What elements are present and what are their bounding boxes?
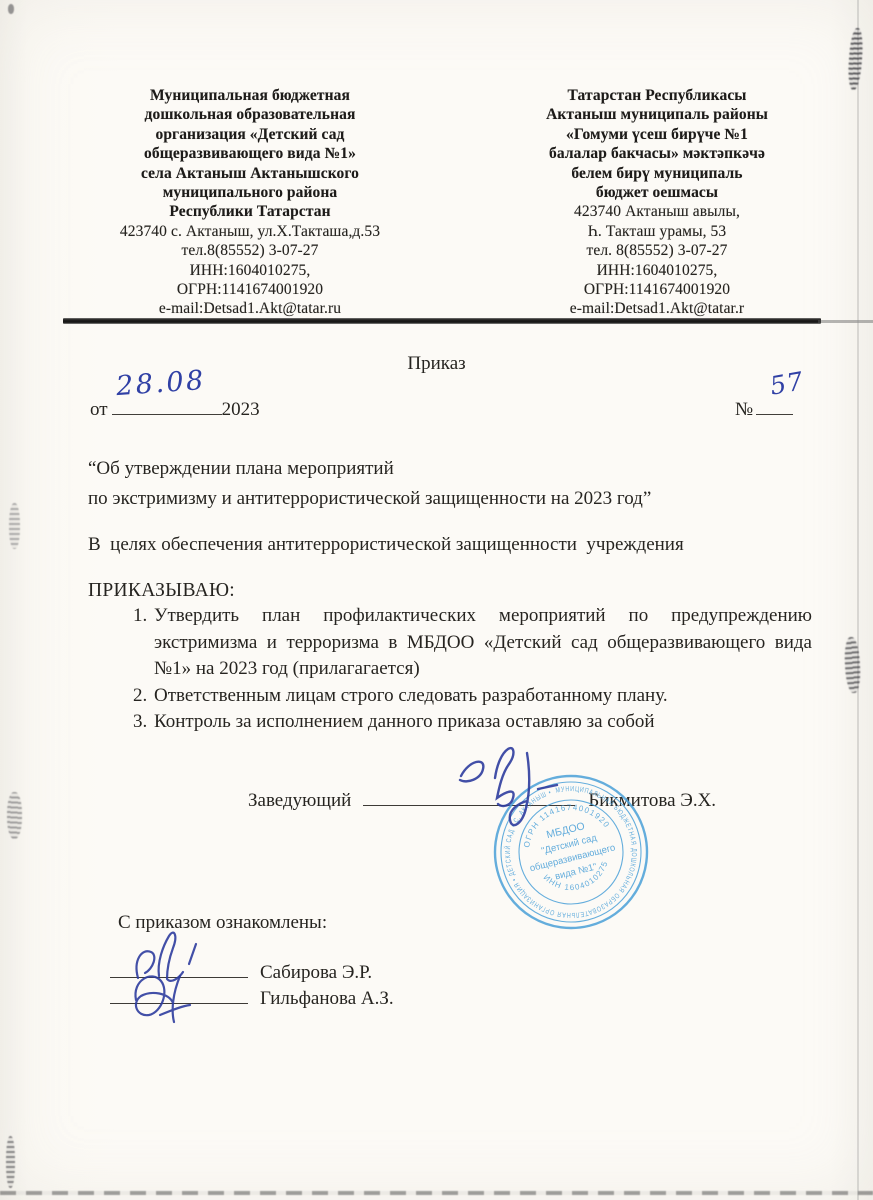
scan-smudge bbox=[9, 503, 20, 549]
org-address-line: Һ. Такташ урамы, 53 bbox=[501, 222, 813, 241]
scan-smudge bbox=[7, 792, 22, 839]
org-email-line: e-mail:Detsad1.Akt@tatar.r bbox=[501, 299, 813, 318]
order-purpose: В целях обеспечения антитеррористической… bbox=[88, 534, 812, 556]
date-number-row: от28.082023 №57 bbox=[90, 395, 810, 435]
organization-stamp: МУНИЦИПАЛЬНАЯ БЮДЖЕТНАЯ ДОШКОЛЬНАЯ ОБРАЗ… bbox=[487, 768, 655, 936]
acknowledgement-row: Гильфанова А.З. bbox=[110, 984, 394, 1010]
date-prefix: от bbox=[90, 399, 108, 420]
org-name-line: села Актаныш Актанышского bbox=[94, 164, 406, 183]
acknowledgement-row: Сабирова Э.Р. bbox=[110, 958, 372, 984]
order-subject: “Об утверждении плана мероприятий по экс… bbox=[88, 454, 812, 514]
org-name-line: Муниципальная бюджетная bbox=[94, 86, 406, 105]
directive-word: ПРИКАЗЫВАЮ: bbox=[88, 580, 235, 602]
order-item: Контроль за исполнением данного приказа … bbox=[152, 709, 812, 736]
order-item: Ответственным лицам строго следовать раз… bbox=[152, 683, 812, 710]
acknowledgement-label: С приказом ознакомлены: bbox=[118, 912, 327, 934]
org-ogrn-line: ОГРН:1141674001920 bbox=[501, 280, 813, 299]
org-phone-line: тел.8(85552) 3-07-27 bbox=[94, 241, 406, 260]
ack-signer-name: Сабирова Э.Р. bbox=[260, 962, 372, 983]
date-underline: 28.08 bbox=[112, 395, 222, 415]
org-name-line: Актаныш муниципаль районы bbox=[501, 105, 813, 124]
ack-signature-underline bbox=[110, 958, 248, 978]
org-inn-line: ИНН:1604010275, bbox=[501, 261, 813, 280]
scan-smudge bbox=[6, 1136, 15, 1188]
scan-edge-line bbox=[857, 0, 859, 1200]
org-name-line: дошкольная образовательная bbox=[94, 105, 406, 124]
org-name-line: «Гомуми үсеш бирүче №1 bbox=[501, 125, 813, 144]
director-role: Заведующий bbox=[248, 790, 351, 811]
order-item: Утвердить план профилактических мероприя… bbox=[152, 603, 812, 683]
order-items: Утвердить план профилактических мероприя… bbox=[88, 603, 812, 736]
subject-line: “Об утверждении плана мероприятий bbox=[88, 454, 812, 484]
org-header-russian: Муниципальная бюджетная дошкольная образ… bbox=[94, 86, 406, 319]
number-label: № bbox=[735, 399, 753, 420]
header-divider-rule bbox=[63, 318, 821, 324]
handwritten-date: 28.08 bbox=[115, 365, 207, 402]
org-name-line: общеразвивающего вида №1» bbox=[94, 144, 406, 163]
org-inn-line: ИНН:1604010275, bbox=[94, 261, 406, 280]
number-underline: 57 bbox=[756, 395, 793, 415]
ack-signature-underline bbox=[110, 984, 248, 1004]
stamp-ring-text: МУНИЦИПАЛЬНАЯ БЮДЖЕТНАЯ ДОШКОЛЬНАЯ ОБРАЗ… bbox=[488, 770, 653, 935]
org-name-line: организация «Детский сад bbox=[94, 125, 406, 144]
org-header-tatar: Татарстан Республикасы Актаныш муниципал… bbox=[501, 86, 813, 319]
handwritten-number: 57 bbox=[768, 366, 806, 400]
org-ogrn-line: ОГРН:1141674001920 bbox=[94, 280, 406, 299]
svg-text:МУНИЦИПАЛЬНАЯ БЮДЖЕТНАЯ ДОШКОЛ: МУНИЦИПАЛЬНАЯ БЮДЖЕТНАЯ ДОШКОЛЬНАЯ ОБРАЗ… bbox=[488, 770, 653, 935]
subject-line: по экстримизму и антитеррористической за… bbox=[88, 484, 812, 514]
org-name-line: Татарстан Республикасы bbox=[501, 86, 813, 105]
scan-edge-line bbox=[0, 1191, 873, 1195]
org-name-line: Республики Татарстан bbox=[94, 202, 406, 221]
header-divider-rule-extension bbox=[818, 320, 873, 323]
org-name-line: балалар бакчасы» мәктәпкәчә bbox=[501, 144, 813, 163]
org-address-line: 423740 с. Актаныш, ул.Х.Такташа,д.53 bbox=[94, 222, 406, 241]
org-name-line: белем бирү муниципаль bbox=[501, 164, 813, 183]
scanned-order-page: Муниципальная бюджетная дошкольная образ… bbox=[0, 0, 873, 1200]
ack-signer-name: Гильфанова А.З. bbox=[260, 988, 394, 1009]
org-name-line: бюджет оешмасы bbox=[501, 183, 813, 202]
scan-smudge bbox=[8, 4, 14, 14]
order-number: №57 bbox=[735, 395, 793, 421]
org-address-line: 423740 Актаныш авылы, bbox=[501, 202, 813, 221]
org-email-line: e-mail:Detsad1.Akt@tatar.ru bbox=[94, 299, 406, 318]
org-phone-line: тел. 8(85552) 3-07-27 bbox=[501, 241, 813, 260]
date-year: 2023 bbox=[222, 399, 260, 420]
scan-smudge bbox=[847, 28, 864, 91]
org-name-line: муниципального района bbox=[94, 183, 406, 202]
